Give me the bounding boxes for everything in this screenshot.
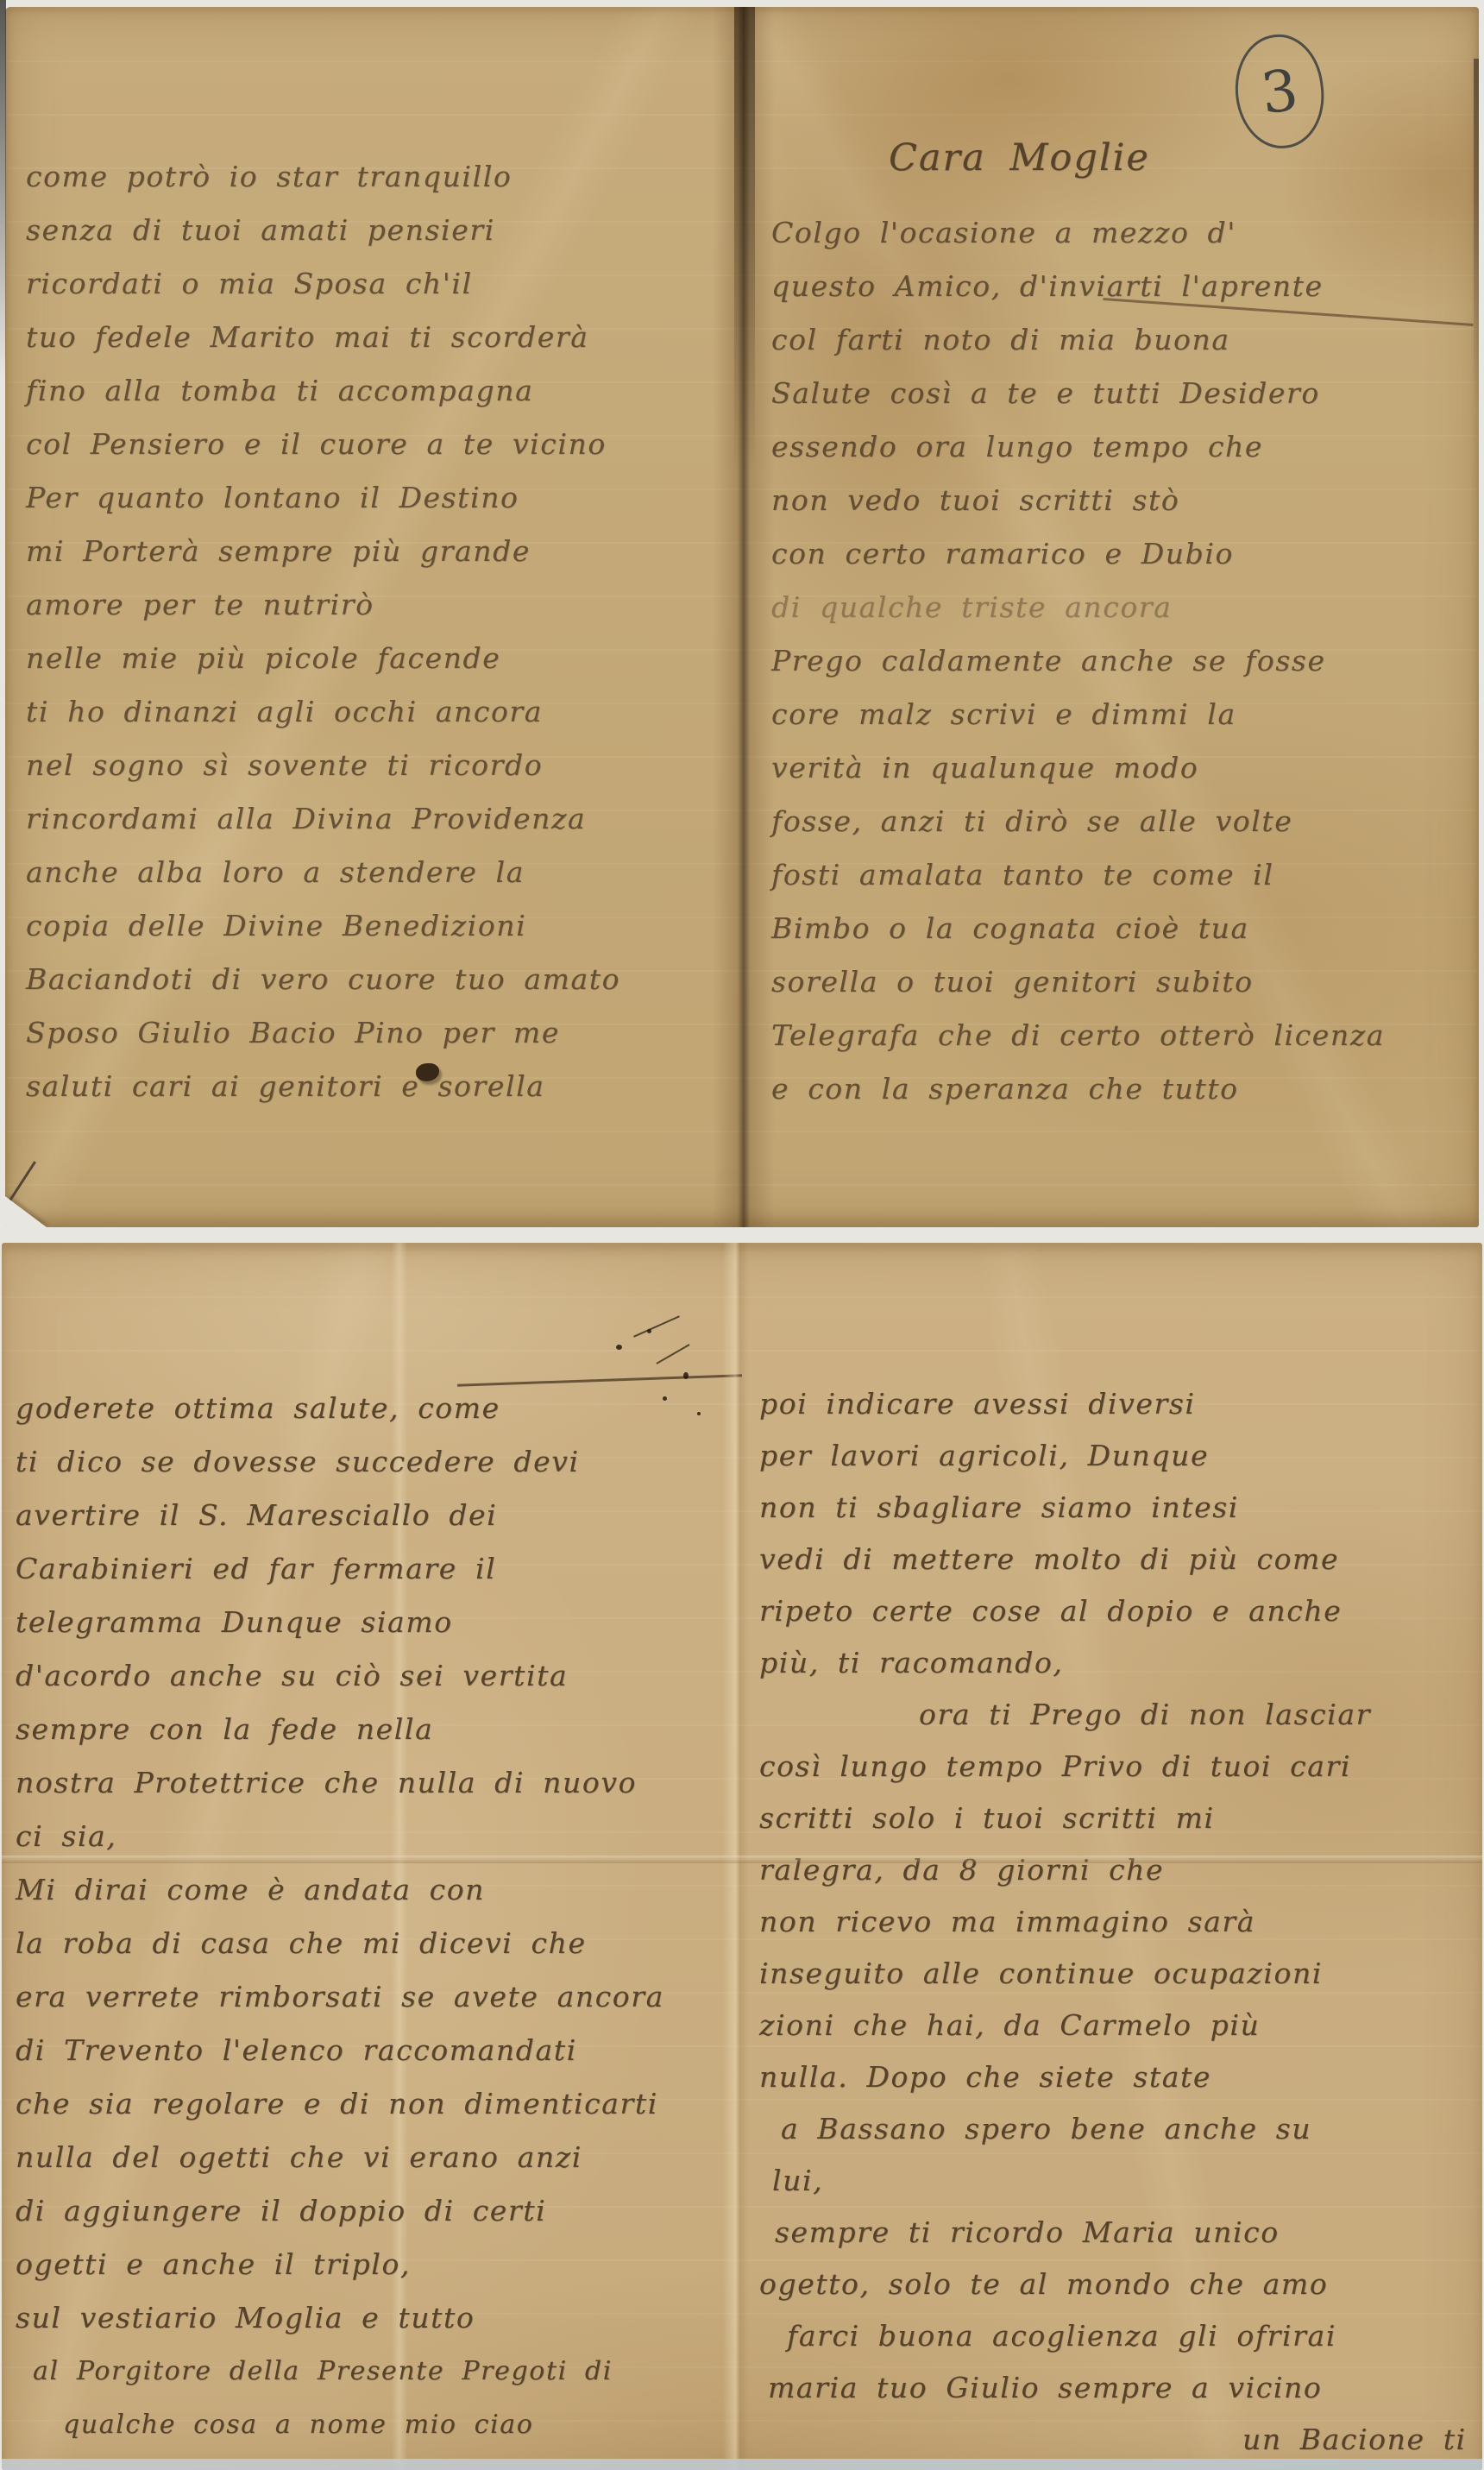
handwritten-line: inseguito alle continue ocupazioni xyxy=(759,1948,1479,2000)
handwritten-line: Colgo l'ocasione a mezzo d' xyxy=(771,206,1475,260)
handwritten-line: a Bassano spero bene anche su xyxy=(781,2103,1479,2155)
handwritten-line: avertire il S. Maresciallo dei xyxy=(16,1489,792,1542)
scanner-edge-strip xyxy=(2,2459,1482,2470)
handwritten-line: sorella o tuoi genitori subito xyxy=(771,955,1475,1009)
letter-page-bottom-left: goderete ottima salute, cometi dico se d… xyxy=(16,1382,792,2452)
circled-page-number: 3 xyxy=(1229,29,1330,153)
scan-edge-shadow xyxy=(0,0,6,380)
handwritten-line: col farti noto di mia buona xyxy=(771,313,1475,367)
handwritten-line: vedi di mettere molto di più come xyxy=(759,1534,1479,1585)
handwritten-line: d'acordo anche su ciò sei vertita xyxy=(16,1649,792,1703)
handwritten-line: Carabinieri ed far fermare il xyxy=(16,1542,792,1596)
handwritten-line: core malz scrivi e dimmi la xyxy=(771,688,1475,741)
handwritten-line: lui, xyxy=(772,2155,1479,2207)
handwritten-line: ralegra, da 8 giorni che xyxy=(759,1844,1479,1896)
handwritten-line: fosse, anzi ti dirò se alle volte xyxy=(771,795,1475,848)
handwritten-line: con certo ramarico e Dubio xyxy=(771,527,1475,581)
handwritten-line: ogetti e anche il triplo, xyxy=(16,2238,792,2291)
handwritten-line: nulla del ogetti che vi erano anzi xyxy=(16,2131,792,2184)
handwritten-text-block: goderete ottima salute, cometi dico se d… xyxy=(16,1382,792,2452)
handwritten-line: la roba di casa che mi dicevi che xyxy=(16,1917,792,1970)
scanned-letter-viewer: { "document": { "kind": "Scanned handwri… xyxy=(0,0,1484,2470)
handwritten-line: amore per te nutrirò xyxy=(26,578,742,632)
letter-salutation: Cara Moglie xyxy=(889,136,1150,180)
handwritten-line: copia delle Divine Benedizioni xyxy=(26,899,742,953)
handwritten-line: un Bacione ti e Rino xyxy=(1242,2414,1479,2466)
handwritten-text-block: Colgo l'ocasione a mezzo d'questo Amico,… xyxy=(771,206,1475,1116)
handwritten-line: col Pensiero e il cuore a te vicino xyxy=(26,418,742,471)
handwritten-line: non ti sbagliare siamo intesi xyxy=(759,1482,1479,1534)
handwritten-line: non ricevo ma immagino sarà xyxy=(759,1896,1479,1948)
handwritten-text-block: come potrò io star tranquillosenza di tu… xyxy=(26,150,742,1113)
ink-scratch xyxy=(656,1344,689,1364)
letter-page-bottom-right: poi indicare avessi diversiper lavori ag… xyxy=(759,1378,1479,2466)
handwritten-line: non vedo tuoi scritti stò xyxy=(771,474,1475,527)
handwritten-line: mi Porterà sempre più grande xyxy=(26,525,742,578)
letter-sheet-top: come potrò io star tranquillosenza di tu… xyxy=(5,7,1479,1227)
handwritten-line: goderete ottima salute, come xyxy=(16,1382,792,1435)
handwritten-line: sul vestiario Moglia e tutto xyxy=(16,2291,792,2345)
handwritten-line: Sposo Giulio Bacio Pino per me xyxy=(26,1006,742,1060)
handwritten-line: nulla. Dopo che siete state xyxy=(759,2051,1479,2103)
handwritten-line: anche alba loro a stendere la xyxy=(26,846,742,899)
handwritten-line: poi indicare avessi diversi xyxy=(759,1378,1479,1430)
handwritten-line: nelle mie più picole facende xyxy=(26,632,742,685)
handwritten-line: maria tuo Giulio sempre a vicino xyxy=(768,2362,1479,2414)
letter-page-top-left: come potrò io star tranquillosenza di tu… xyxy=(26,150,742,1113)
handwritten-line: di qualche triste ancora xyxy=(771,581,1475,634)
ink-speckle xyxy=(616,1345,622,1350)
folded-corner xyxy=(5,1196,47,1227)
handwritten-line: più, ti racomando, xyxy=(759,1637,1479,1689)
handwritten-line: saluti cari ai genitori e sorella xyxy=(26,1060,742,1113)
handwritten-line: che sia regolare e di non dimenticarti xyxy=(16,2077,792,2131)
handwritten-line: ripeto certe cose al dopio e anche xyxy=(759,1585,1479,1637)
handwritten-line: come potrò io star tranquillo xyxy=(26,150,742,204)
handwritten-line: ora ti Prego di non lasciar xyxy=(919,1689,1479,1741)
handwritten-line: telegramma Dunque siamo xyxy=(16,1596,792,1649)
handwritten-line: di Trevento l'elenco raccomandati xyxy=(16,2024,792,2077)
handwritten-line: Bimbo o la cognata cioè tua xyxy=(771,902,1475,955)
handwritten-line: sempre ti ricordo Maria unico xyxy=(775,2207,1479,2259)
scan-edge-shadow xyxy=(1474,59,1479,404)
handwritten-line: zioni che hai, da Carmelo più xyxy=(759,2000,1479,2051)
handwritten-text-block: poi indicare avessi diversiper lavori ag… xyxy=(759,1378,1479,2466)
handwritten-line: fino alla tomba ti accompagna xyxy=(26,364,742,418)
handwritten-line: Telegrafa che di certo otterò licenza xyxy=(771,1009,1475,1062)
handwritten-line: nel sogno sì sovente ti ricordo xyxy=(26,739,742,792)
handwritten-line: ti ho dinanzi agli occhi ancora xyxy=(26,685,742,739)
ink-speckle xyxy=(663,1396,667,1401)
handwritten-line: Mi dirai come è andata con xyxy=(16,1863,792,1917)
handwritten-line: Per quanto lontano il Destino xyxy=(26,471,742,525)
handwritten-line: e con la speranza che tutto xyxy=(771,1062,1475,1116)
handwritten-line: tuo fedele Marito mai ti scorderà xyxy=(26,311,742,364)
handwritten-line: al Porgitore della Presente Pregoti di xyxy=(33,2345,792,2398)
handwritten-line: essendo ora lungo tempo che xyxy=(771,420,1475,474)
handwritten-line: così lungo tempo Privo di tuoi cari xyxy=(759,1741,1479,1793)
letter-sheet-bottom: goderete ottima salute, cometi dico se d… xyxy=(2,1243,1482,2470)
handwritten-line: farci buona acoglienza gli ofrirai xyxy=(787,2310,1479,2362)
handwritten-line: ci sia, xyxy=(16,1810,792,1863)
handwritten-line: senza di tuoi amati pensieri xyxy=(26,204,742,257)
ink-speckle xyxy=(697,1412,701,1415)
handwritten-line: sempre con la fede nella xyxy=(16,1703,792,1756)
handwritten-line: per lavori agricoli, Dunque xyxy=(759,1430,1479,1482)
handwritten-line: nostra Protettrice che nulla di nuovo xyxy=(16,1756,792,1810)
handwritten-line: di aggiungere il doppio di certi xyxy=(16,2184,792,2238)
page-number-text: 3 xyxy=(1257,56,1301,127)
handwritten-line: Prego caldamente anche se fosse xyxy=(771,634,1475,688)
handwritten-line: ti dico se dovesse succedere devi xyxy=(16,1435,792,1489)
handwritten-line: era verrete rimborsati se avete ancora xyxy=(16,1970,792,2024)
handwritten-line: rincordami alla Divina Providenza xyxy=(26,792,742,846)
handwritten-line: ogetto, solo te al mondo che amo xyxy=(759,2259,1479,2310)
handwritten-line: Baciandoti di vero cuore tuo amato xyxy=(26,953,742,1006)
handwritten-line: fosti amalata tanto te come il xyxy=(771,848,1475,902)
ink-speckle xyxy=(683,1372,689,1379)
handwritten-line: questo Amico, d'inviarti l'aprente xyxy=(771,260,1475,313)
handwritten-line: scritti solo i tuoi scritti mi xyxy=(759,1793,1479,1844)
handwritten-line: verità in qualunque modo xyxy=(771,741,1475,795)
handwritten-line: ricordati o mia Sposa ch'il xyxy=(26,257,742,311)
handwritten-line: qualche cosa a nome mio ciao xyxy=(63,2398,792,2452)
ink-scratch xyxy=(633,1315,680,1337)
handwritten-line: Salute così a te e tutti Desidero xyxy=(771,367,1475,420)
